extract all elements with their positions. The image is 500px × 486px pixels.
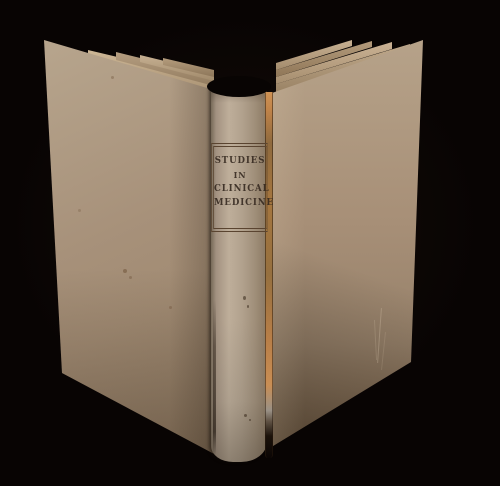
right-board bbox=[272, 40, 423, 446]
foxing-spot bbox=[129, 276, 132, 279]
book-photograph: STUDIES IN CLINICAL MEDICINE bbox=[0, 0, 500, 486]
spine-title-line-2: IN bbox=[214, 168, 266, 183]
spine-speck bbox=[247, 305, 249, 308]
spine-label: STUDIES IN CLINICAL MEDICINE bbox=[211, 143, 268, 232]
left-board bbox=[44, 40, 218, 456]
spine-title-line-3: CLINICAL bbox=[214, 182, 266, 197]
foxing-spot bbox=[78, 209, 81, 212]
foxing-spot bbox=[123, 269, 127, 273]
spine bbox=[211, 84, 267, 462]
spine-speck bbox=[249, 419, 251, 421]
spine-title-line-4: MEDICINE bbox=[214, 196, 266, 211]
spine-title-line-1: STUDIES bbox=[214, 154, 266, 169]
foxing-spot bbox=[111, 76, 114, 79]
spine-joint-crease bbox=[213, 300, 216, 455]
spine-head-shadow bbox=[207, 76, 271, 97]
spine-speck bbox=[243, 296, 246, 300]
spine-speck bbox=[244, 414, 247, 417]
foxing-spot bbox=[169, 306, 172, 309]
